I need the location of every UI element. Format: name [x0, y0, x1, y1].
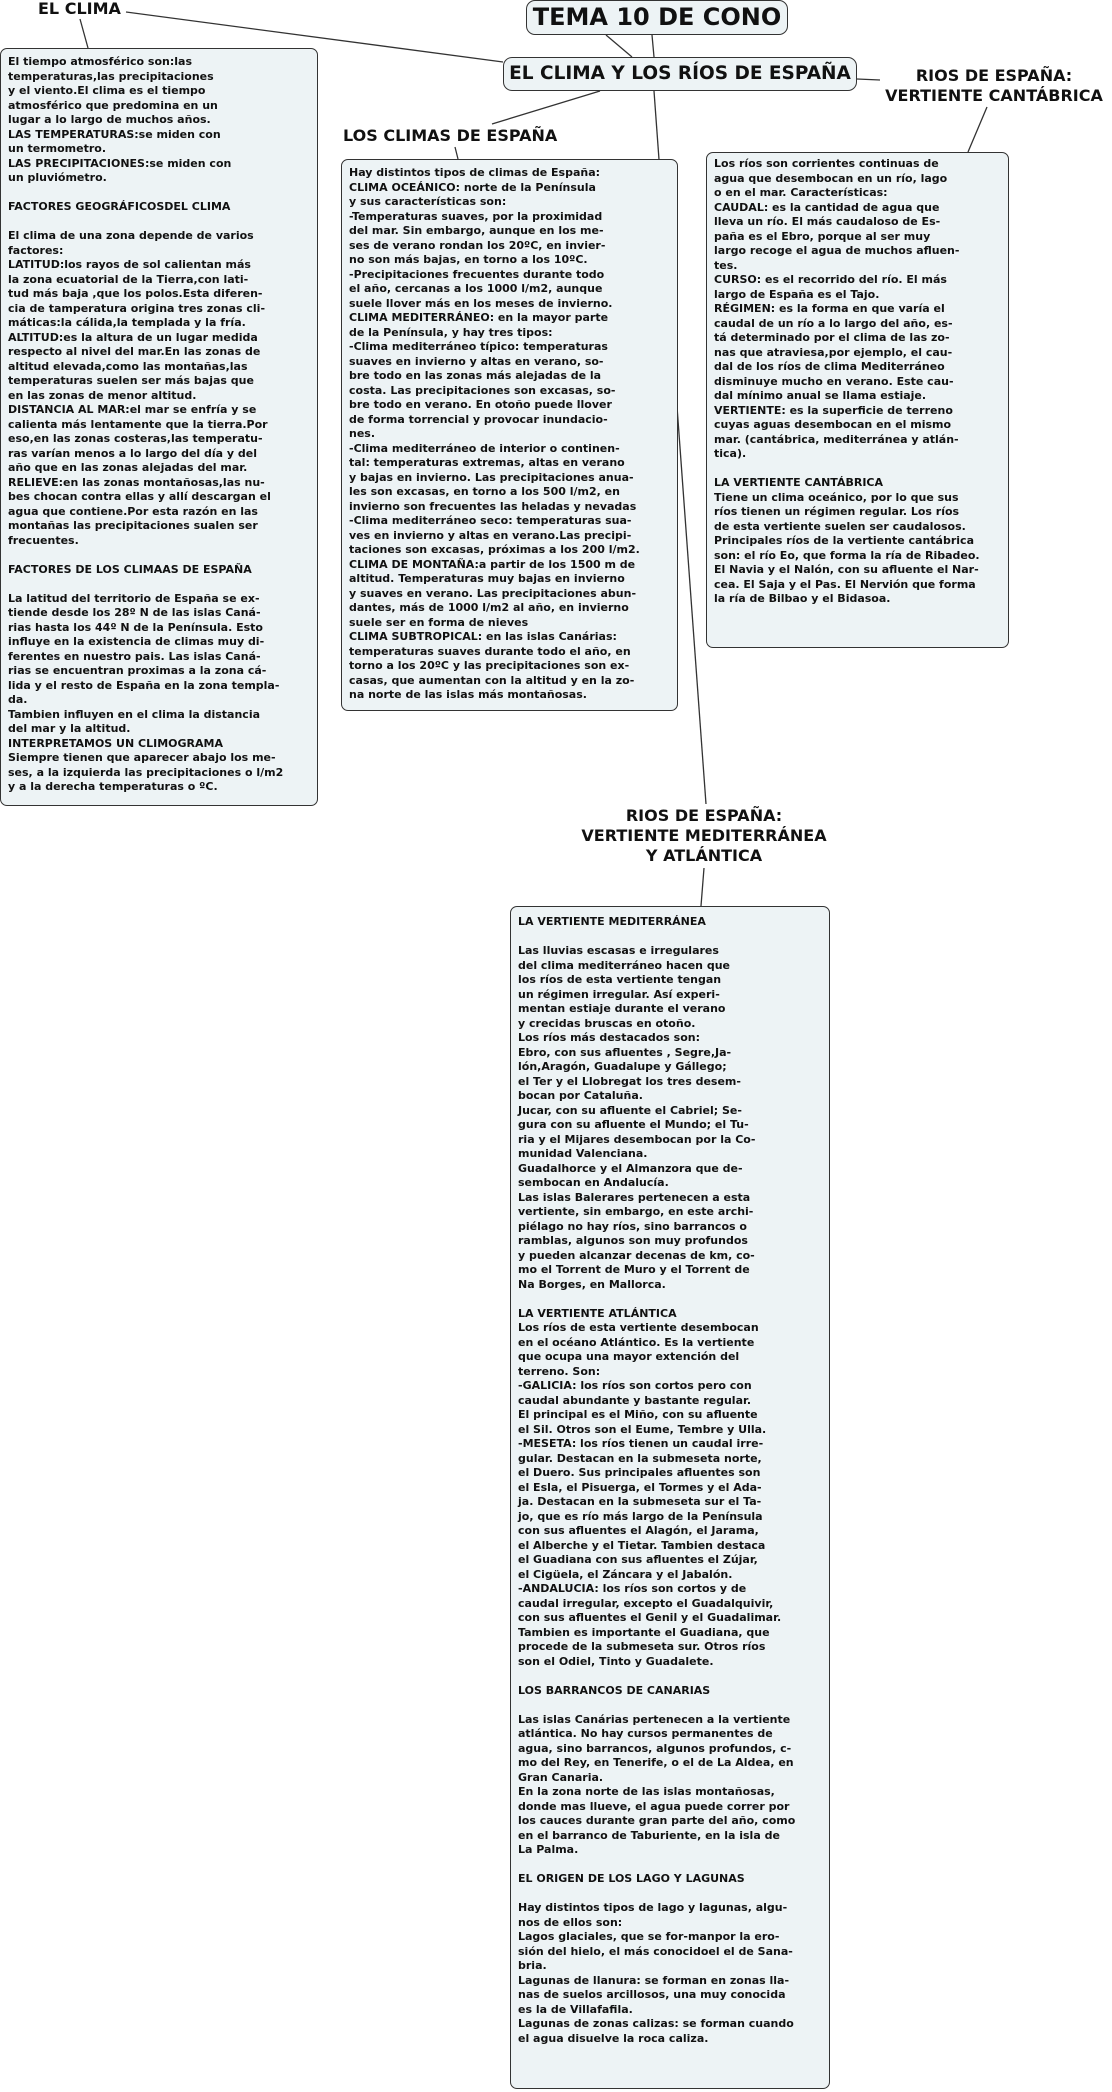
topic-vertiente-med-atl[interactable]: RIOS DE ESPAÑA: VERTIENTE MEDITERRÁNEA Y…: [572, 806, 836, 866]
topic-line: RIOS DE ESPAÑA:: [878, 66, 1110, 86]
topic-line: RIOS DE ESPAÑA:: [572, 806, 836, 826]
topic-line: VERTIENTE CANTÁBRICA: [878, 86, 1110, 106]
connector-med-box: [701, 868, 704, 906]
note-los-climas[interactable]: Hay distintos tipos de climas de España:…: [341, 159, 678, 711]
topic-los-climas[interactable]: LOS CLIMAS DE ESPAÑA: [343, 126, 557, 146]
note-vertiente-cantabrica[interactable]: Los ríos son corrientes continuas de agu…: [706, 152, 1009, 648]
connector-title-central: [606, 35, 632, 57]
connector-cantabrica-box: [968, 107, 987, 152]
topic-line: Y ATLÁNTICA: [572, 846, 836, 866]
connector-title-central-2: [652, 35, 654, 57]
connector-climas-box: [455, 147, 458, 159]
note-vertiente-med-atl[interactable]: LA VERTIENTE MEDITERRÁNEA Las lluvias es…: [510, 906, 830, 2089]
connector-el-clima-box: [80, 19, 88, 48]
topic-line: VERTIENTE MEDITERRÁNEA: [572, 826, 836, 846]
connector-central-climas: [492, 91, 600, 124]
topic-el-clima[interactable]: EL CLIMA: [38, 0, 121, 18]
central-topic[interactable]: EL CLIMA Y LOS RÍOS DE ESPAÑA: [503, 57, 857, 91]
map-title[interactable]: TEMA 10 DE CONO: [526, 0, 788, 35]
connector-central-cantabrica: [857, 79, 880, 80]
note-el-clima[interactable]: El tiempo atmosférico son:las temperatur…: [0, 48, 318, 806]
topic-vertiente-cantabrica[interactable]: RIOS DE ESPAÑA: VERTIENTE CANTÁBRICA: [878, 66, 1110, 106]
